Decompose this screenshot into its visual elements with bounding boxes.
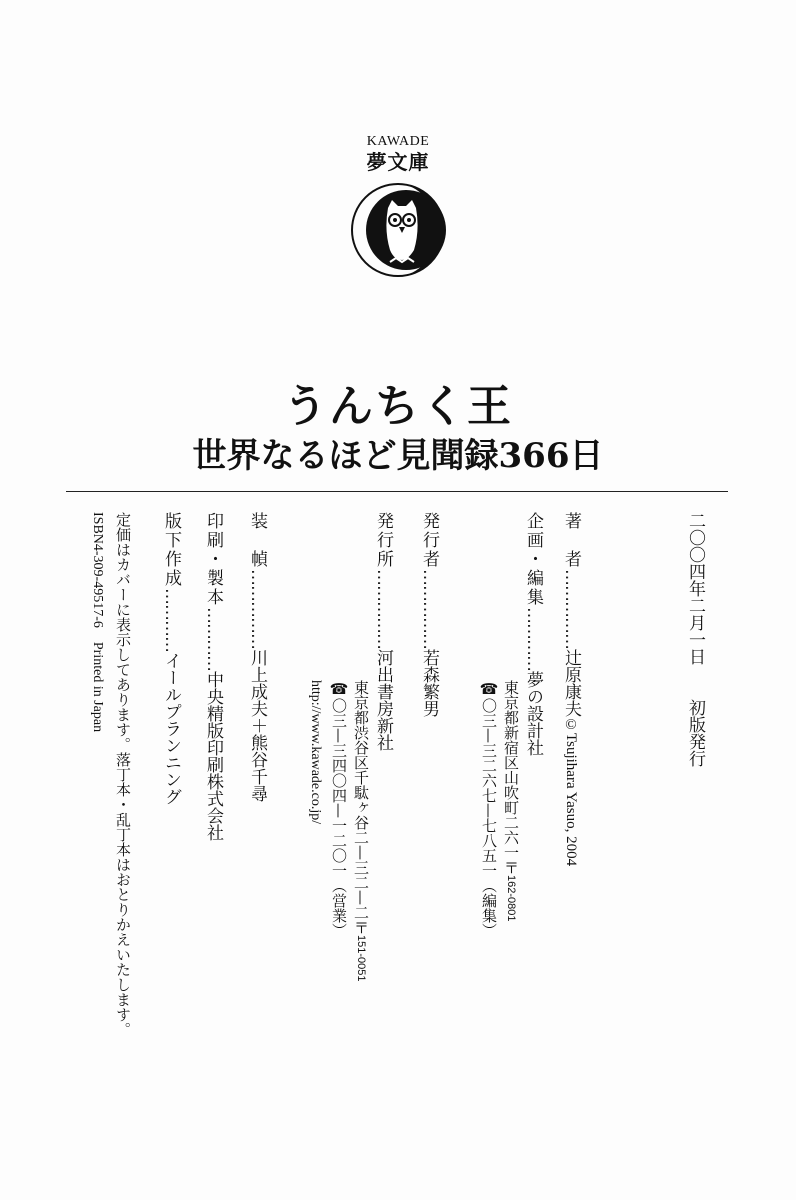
leader-dots: …………… — [418, 569, 440, 649]
planning-address: 東京都新宿区山吹町二六一〒162-0801 — [502, 680, 520, 922]
isbn: ISBN4-309-49517-6 — [90, 512, 105, 628]
printed-in: Printed in Japan — [90, 642, 105, 732]
typesetting-name: イールプランニング — [161, 652, 181, 805]
logo-series: 夢文庫 — [328, 150, 468, 174]
publisher-column: 発行所……………河出書房新社 — [372, 512, 394, 751]
author-label: 著 者 — [560, 512, 582, 569]
owl-crescent-moon-icon — [348, 180, 448, 280]
leader-dots: …………… — [560, 569, 582, 649]
design-name: 川上成夫＋熊谷千尋 — [247, 649, 267, 802]
design-label: 装 幀 — [246, 512, 268, 569]
telephone-icon: ☎ — [330, 680, 348, 698]
planning-label: 企画・編集 — [522, 512, 544, 607]
printing-name: 中央精版印刷株式会社 — [203, 671, 223, 841]
postal-mark: 〒 — [502, 860, 520, 875]
leader-dots: …………… — [372, 569, 394, 649]
leader-dots: ………… — [160, 588, 182, 652]
edition-label: 初版発行 — [685, 699, 705, 767]
logo-brand: KAWADE — [328, 134, 468, 150]
postal-code: 151-0051 — [352, 935, 370, 982]
publisher-person-label: 発行者 — [418, 512, 440, 569]
author-copyright: ©Tsujihara Yasuo, 2004 — [563, 717, 579, 866]
printing-label: 印刷・製本 — [202, 512, 224, 607]
typesetting-column: 版下作成…………イールプランニング — [160, 512, 182, 805]
publisher-url[interactable]: http://www.kawade.co.jp/ — [306, 680, 324, 824]
publisher-person-column: 発行者……………若森繁男 — [418, 512, 440, 717]
leader-dots: …………… — [246, 569, 268, 649]
publication-date-column: 二〇〇四年二月一日 初版発行 — [684, 512, 706, 767]
planning-phone: ☎〇三—三二六七—七八五一（編集） — [480, 680, 498, 938]
divider-rule — [66, 491, 728, 492]
design-column: 装 幀……………川上成夫＋熊谷千尋 — [246, 512, 268, 802]
postal-code: 162-0801 — [502, 875, 520, 922]
publisher-address: 東京都渋谷区千駄ヶ谷二—三二—二〒151-0051 — [352, 680, 370, 982]
planning-name: 夢の設計社 — [523, 671, 543, 756]
publisher-logo: KAWADE 夢文庫 — [328, 134, 468, 280]
price-notice: 定価はカバーに表示してあります。落丁本・乱丁本はおとりかえいたします。 — [114, 512, 132, 1037]
typesetting-label: 版下作成 — [160, 512, 182, 588]
book-subtitle: 世界なるほど見聞録366日 — [0, 436, 796, 476]
publisher-name: 河出書房新社 — [373, 649, 393, 751]
planning-column: 企画・編集…………夢の設計社 — [522, 512, 544, 756]
publisher-person-name: 若森繁男 — [419, 649, 439, 717]
publication-date: 二〇〇四年二月一日 — [685, 512, 705, 665]
publisher-label: 発行所 — [372, 512, 394, 569]
publisher-phone: ☎〇三—三四〇四—一二〇一（営業） — [330, 680, 348, 938]
author-column: 著 者……………辻原康夫©Tsujihara Yasuo, 2004 — [560, 512, 582, 866]
printing-column: 印刷・製本…………中央精版印刷株式会社 — [202, 512, 224, 841]
telephone-icon: ☎ — [480, 680, 498, 698]
book-title: うんちく王 — [0, 382, 796, 432]
author-name: 辻原康夫 — [561, 649, 581, 717]
isbn-column: ISBN4-309-49517-6 Printed in Japan — [88, 512, 106, 732]
postal-mark: 〒 — [352, 920, 370, 935]
leader-dots: ………… — [202, 607, 224, 671]
leader-dots: ………… — [522, 607, 544, 671]
